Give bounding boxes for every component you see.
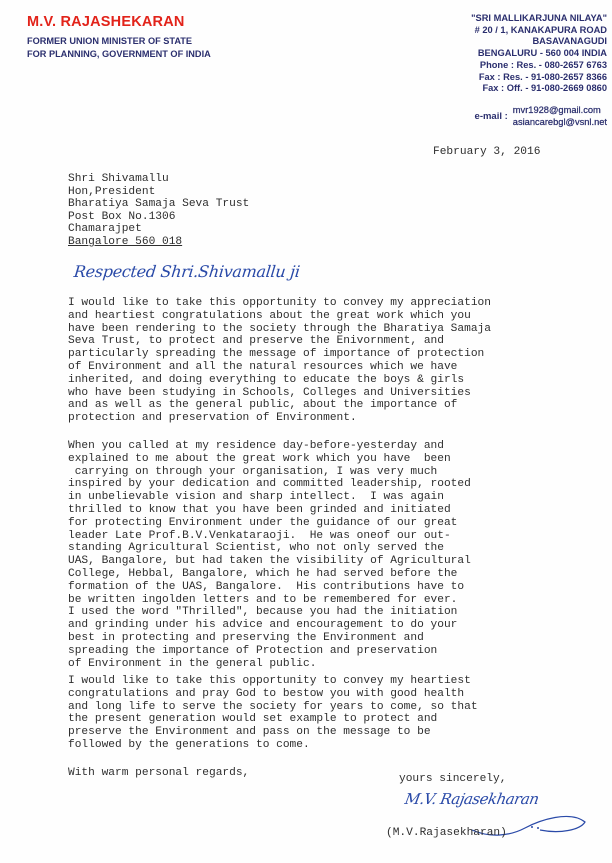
body-line: leader Late Prof.B.V.Venkataraoji. He wa… (68, 530, 471, 543)
letterhead-address: "SRI MALLIKARJUNA NILAYA" # 20 / 1, KANA… (367, 13, 607, 95)
body-line: College, Hebbal, Bangalore, which he had… (68, 568, 471, 581)
body-line: and long life to serve the society for y… (68, 701, 478, 714)
body-line: formation of the UAS, Bangalore. His con… (68, 581, 471, 594)
email-address[interactable]: asiancarebgl@vsnl.net (513, 117, 607, 129)
body-line: who have been studying in Schools, Colle… (68, 387, 491, 400)
body-line: congratulations and pray God to bestow y… (68, 688, 478, 701)
body-line: carrying on through your organisation, I… (68, 466, 471, 479)
recipient-line: Hon,President (68, 186, 249, 199)
body-line: best in protecting and preserving the En… (68, 632, 471, 645)
body-line: of Environment in the general public. (68, 658, 471, 671)
body-line: I would like to take this opportunity to… (68, 297, 491, 310)
recipient-address: Shri Shivamallu Hon,President Bharatiya … (68, 173, 249, 249)
body-line: particularly spreading the message of im… (68, 348, 491, 361)
body-line: Seva Trust, to protect and preserve the … (68, 335, 491, 348)
body-paragraph-2: When you called at my residence day-befo… (68, 440, 471, 670)
body-line: spreading the importance of Protection a… (68, 645, 471, 658)
body-line: inspired by your dedication and committe… (68, 478, 471, 491)
body-line: UAS, Bangalore, but had taken the visibi… (68, 555, 471, 568)
letterhead-address-line: BENGALURU - 560 004 INDIA (367, 48, 607, 60)
typed-signatory-name: (M.V.Rajasekharan) (386, 827, 507, 839)
body-line: and grinding under his advice and encour… (68, 619, 471, 632)
recipient-line: Chamarajpet (68, 223, 249, 236)
body-line: in unbelievable vision and sharp intelle… (68, 491, 471, 504)
letterhead-title-line: FORMER UNION MINISTER OF STATE (27, 35, 211, 48)
body-line: and heartiest congratulations about the … (68, 310, 491, 323)
body-line: of Environment and all the natural resou… (68, 361, 491, 374)
letterhead-email: e-mail : mvr1928@gmail.com asiancarebgl@… (475, 105, 607, 128)
letter-date: February 3, 2016 (433, 146, 540, 158)
body-line: When you called at my residence day-befo… (68, 440, 471, 453)
handwritten-salutation: Respected Shri.Shivamallu ji (73, 262, 301, 281)
letterhead-address-line: # 20 / 1, KANAKAPURA ROAD (367, 25, 607, 37)
letterhead-title: FORMER UNION MINISTER OF STATE FOR PLANN… (27, 35, 211, 60)
body-line: I used the word "Thrilled", because you … (68, 606, 471, 619)
body-line: and as well as the general public, about… (68, 399, 491, 412)
recipient-line: Bharatiya Samaja Seva Trust (68, 198, 249, 211)
body-line: thrilled to know that you have been grin… (68, 504, 471, 517)
body-line: for protecting Environment under the gui… (68, 517, 471, 530)
letterhead-fax-off: Fax : Off. - 91-080-2669 0860 (367, 83, 607, 95)
body-line: inherited, and doing everything to educa… (68, 374, 491, 387)
closing-line: With warm personal regards, (68, 767, 249, 779)
letterhead-address-line: BASAVANAGUDI (367, 36, 607, 48)
body-line: explained to me about the great work whi… (68, 453, 471, 466)
letterhead-title-line: FOR PLANNING, GOVERNMENT OF INDIA (27, 48, 211, 61)
body-line: I would like to take this opportunity to… (68, 675, 478, 688)
email-address[interactable]: mvr1928@gmail.com (513, 105, 607, 117)
letterhead-phone: Phone : Res. - 080-2657 6763 (367, 60, 607, 72)
letterhead-address-line: "SRI MALLIKARJUNA NILAYA" (367, 13, 607, 25)
body-line: followed by the generations to come. (68, 739, 478, 752)
recipient-line: Post Box No.1306 (68, 211, 249, 224)
letterhead-fax-res: Fax : Res. - 91-080-2657 8366 (367, 72, 607, 84)
body-paragraph-3: I would like to take this opportunity to… (68, 675, 478, 752)
body-line: protection and preservation of Environme… (68, 412, 491, 425)
body-line: be written ingolden letters and to be re… (68, 594, 471, 607)
body-line: preserve the Environment and pass on the… (68, 726, 478, 739)
recipient-city-line: Bangalore 560 018 (68, 236, 249, 249)
body-line: standing Agricultural Scientist, who not… (68, 542, 471, 555)
letter-page: M.V. RAJASHEKARAN FORMER UNION MINISTER … (0, 0, 612, 863)
body-line: the present generation would set example… (68, 713, 478, 726)
valediction: yours sincerely, (399, 773, 506, 785)
recipient-line: Shri Shivamallu (68, 173, 249, 186)
email-list: mvr1928@gmail.com asiancarebgl@vsnl.net (513, 105, 607, 128)
body-line: have been rendering to the society throu… (68, 323, 491, 336)
email-label: e-mail : (475, 111, 508, 122)
letterhead-name: M.V. RAJASHEKARAN (27, 14, 185, 30)
body-paragraph-1: I would like to take this opportunity to… (68, 297, 491, 425)
